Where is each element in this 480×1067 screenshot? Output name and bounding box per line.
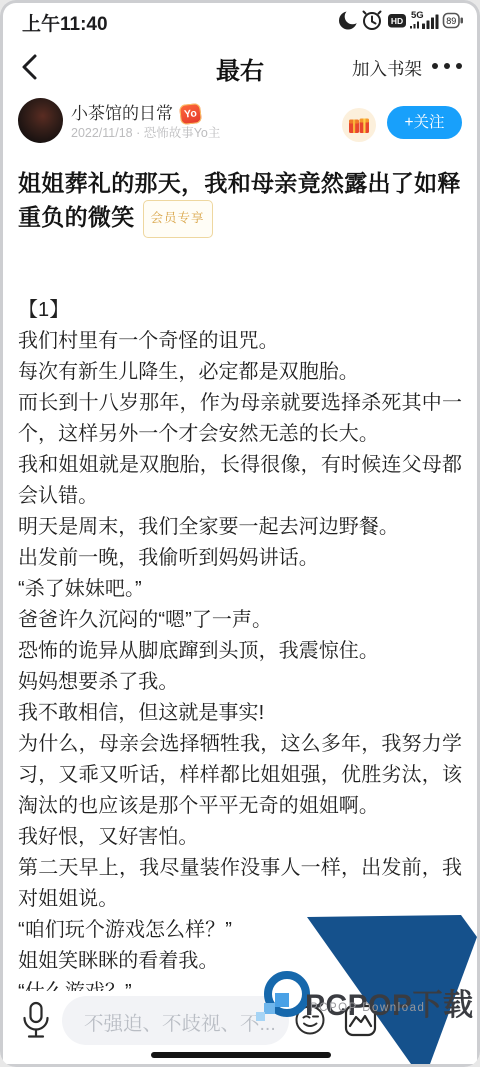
hd-icon: HD xyxy=(388,14,406,28)
microphone-icon[interactable] xyxy=(20,1001,52,1039)
nav-bar: 最右 加入书架 xyxy=(0,40,480,94)
emoji-icon[interactable] xyxy=(294,1004,326,1036)
svg-text:HD: HD xyxy=(391,16,403,26)
article-title-text: 姐姐葬礼的那天，我和母亲竟然露出了如释重负的微笑 xyxy=(18,170,461,230)
status-bar: 上午11:40 HD 5G xyxy=(0,0,480,40)
svg-text:89: 89 xyxy=(446,16,456,26)
avatar[interactable] xyxy=(18,98,63,143)
paragraph: 姐姐笑眯眯的看着我。 xyxy=(18,946,462,977)
signal-5g-icon: 5G xyxy=(410,10,439,29)
comment-placeholder: 不强迫、不歧视、不... xyxy=(84,1008,274,1036)
paragraph: 第二天早上，我尽量装作没事人一样，出发前，我对姐姐说。 xyxy=(18,853,462,915)
status-icons: HD 5G 89 xyxy=(314,5,464,35)
paragraph: 【1】 xyxy=(18,295,462,326)
member-badge: 会员专享 xyxy=(143,200,213,238)
article-body: 【1】 我们村里有一个奇怪的诅咒。 每次有新生儿降生，必定都是双胞胎。 而长到十… xyxy=(18,295,462,1008)
paragraph: 我和姐姐就是双胞胎，长得很像，有时候连父母都会认错。 xyxy=(18,450,462,512)
paragraph: 我们村里有一个奇怪的诅咒。 xyxy=(18,326,462,357)
home-indicator[interactable] xyxy=(151,1052,331,1058)
paragraph: “杀了妹妹吧。” xyxy=(18,574,462,605)
gift-icon xyxy=(342,108,376,142)
paragraph: 而长到十八岁那年，作为母亲就要选择杀死其中一个，这样另外一个才会安然无恙的长大。 xyxy=(18,388,462,450)
paragraph: 每次有新生儿降生，必定都是双胞胎。 xyxy=(18,357,462,388)
yo-badge: Yo xyxy=(179,103,202,125)
moon-icon xyxy=(339,9,360,30)
author-name[interactable]: 小茶馆的日常Yo xyxy=(71,99,201,124)
author-row: 小茶馆的日常Yo 2022/11/18 · 恐怖故事Yo主 +关注 xyxy=(18,97,462,145)
author-meta: 2022/11/18 · 恐怖故事Yo主 xyxy=(71,123,220,141)
paragraph: 我不敢相信，但这就是事实! xyxy=(18,698,462,729)
paragraph: 我好恨，又好害怕。 xyxy=(18,822,462,853)
add-to-shelf-button[interactable]: 加入书架 xyxy=(352,56,422,81)
paragraph: 恐怖的诡异从脚底蹿到头顶，我震惊住。 xyxy=(18,636,462,667)
alarm-clock-icon xyxy=(364,12,381,30)
composer-bar: 不强迫、不歧视、不... xyxy=(3,991,477,1064)
battery-icon: 89 xyxy=(444,14,464,28)
article: 姐姐葬礼的那天，我和母亲竟然露出了如释重负的微笑会员专享 【1】 我们村里有一个… xyxy=(18,167,462,1008)
image-icon[interactable] xyxy=(344,1004,377,1037)
mention-icon[interactable] xyxy=(386,1011,410,1035)
paragraph: 妈妈想要杀了我。 xyxy=(18,667,462,698)
comment-input[interactable]: 不强迫、不歧视、不... xyxy=(62,996,289,1045)
article-title: 姐姐葬礼的那天，我和母亲竟然露出了如释重负的微笑会员专享 xyxy=(18,167,462,238)
more-icon[interactable] xyxy=(430,54,464,78)
gift-button[interactable] xyxy=(342,108,376,142)
paragraph: “咱们玩个游戏怎么样？” xyxy=(18,915,462,946)
paragraph: 为什么，母亲会选择牺牲我，这么多年，我努力学习，又乖又听话，样样都比姐姐强，优胜… xyxy=(18,729,462,822)
svg-text:5G: 5G xyxy=(411,10,424,21)
app-screen: 上午11:40 HD 5G xyxy=(0,0,480,1067)
follow-button[interactable]: +关注 xyxy=(387,106,462,139)
paragraph: 明天是周末，我们全家要一起去河边野餐。 xyxy=(18,512,462,543)
paragraph: 出发前一晚，我偷听到妈妈讲话。 xyxy=(18,543,462,574)
paragraph: 爸爸许久沉闷的“嗯”了一声。 xyxy=(18,605,462,636)
status-time: 上午11:40 xyxy=(22,9,108,36)
